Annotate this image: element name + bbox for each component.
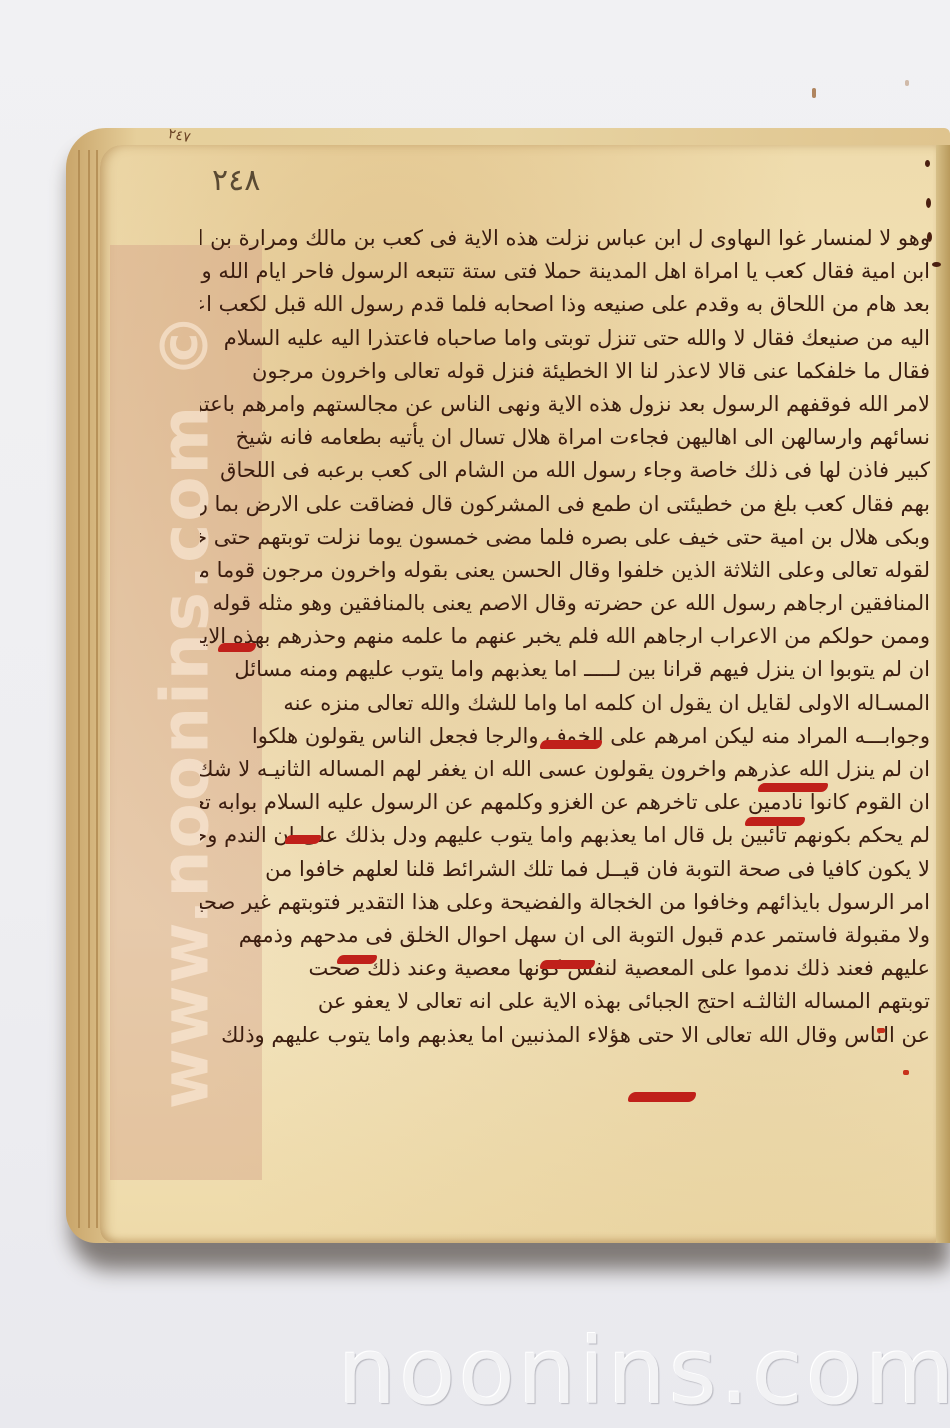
red-margin-mark [903, 1070, 909, 1075]
text-line: نسائهم وارسالهن الى اهاليهن فجاءت امراة … [200, 421, 930, 454]
text-line: لامر الله فوقفهم الرسول بعد نزول هذه الا… [200, 388, 930, 421]
dust-speck [905, 80, 909, 86]
text-line: لا يكون كافيا فى صحة التوبة فان قيــل فم… [200, 853, 930, 886]
text-line: ولا مقبولة فاستمر عدم قبول التوبة الى ان… [200, 919, 930, 952]
text-line: ان لم يتوبوا ان ينزل فيهم قرانا بين لـــ… [200, 653, 930, 686]
text-line: لقوله تعالى وعلى الثلاثة الذين خلفوا وقا… [200, 554, 930, 587]
text-line: المسـاله الاولى لقايل ان يقول ان كلمه ام… [200, 687, 930, 720]
text-line: المنافقين ارجاهم رسول الله عن حضرته وقال… [200, 587, 930, 620]
ink-dot [925, 160, 930, 167]
folio-number: ٢٤٨ [212, 163, 260, 198]
ink-dot [926, 198, 931, 208]
page-stack-line [88, 150, 90, 1228]
page-stack-line [78, 150, 80, 1228]
text-line: امر الرسول بايذائهم وخافوا من الخجالة وا… [200, 886, 930, 919]
rubric-stroke [758, 783, 828, 792]
text-line: بهم فقال كعب بلغ من خطيئتى ان طمع فى الم… [200, 488, 930, 521]
ink-dot [927, 232, 932, 242]
rubric-stroke [628, 1092, 696, 1102]
dust-speck [812, 88, 816, 98]
text-line: وبكى هلال بن امية حتى خيف على بصره فلما … [200, 521, 930, 554]
text-line: وهو لا لمنسار غوا الىهاوى ل ابن عباس نزل… [200, 222, 930, 255]
red-margin-mark [877, 1028, 885, 1033]
text-line: توبتهم المساله الثالثـه احتج الجبائى بهذ… [200, 985, 930, 1018]
rubric-stroke [540, 740, 602, 749]
bottom-watermark: noonins.com [338, 1318, 950, 1425]
text-line: عن الناس وقال الله تعالى الا حتى هؤلاء ا… [200, 1019, 930, 1052]
text-line: بعد هام من اللحاق به وقدم على صنيعه وذا … [200, 288, 930, 321]
text-line: اليه من صنيعك فقال لا والله حتى تنزل توب… [200, 322, 930, 355]
manuscript-text-block: وهو لا لمنسار غوا الىهاوى ل ابن عباس نزل… [200, 222, 930, 1052]
text-line: وممن حولكم من الاعراب ارجاهم الله فلم يخ… [200, 620, 930, 653]
rubric-stroke [337, 955, 377, 964]
text-line: ابن امية فقال كعب يا امراة اهل المدينة ح… [200, 255, 930, 288]
page-right-edge [936, 145, 950, 1243]
text-line: فقال ما خلفكما عنى قالا لاعذر لنا الا ال… [200, 355, 930, 388]
ink-dot [932, 262, 941, 267]
text-line: ان لم ينزل الله عذرهم واخرون يقولون عسى … [200, 753, 930, 786]
text-line: كبير فاذن لها فى ذلك خاصة وجاء رسول الله… [200, 454, 930, 487]
rubric-stroke [218, 643, 256, 652]
rubric-stroke [540, 960, 595, 969]
page-stack-line [96, 150, 98, 1228]
rubric-stroke [285, 835, 321, 844]
rubric-stroke [745, 817, 805, 826]
